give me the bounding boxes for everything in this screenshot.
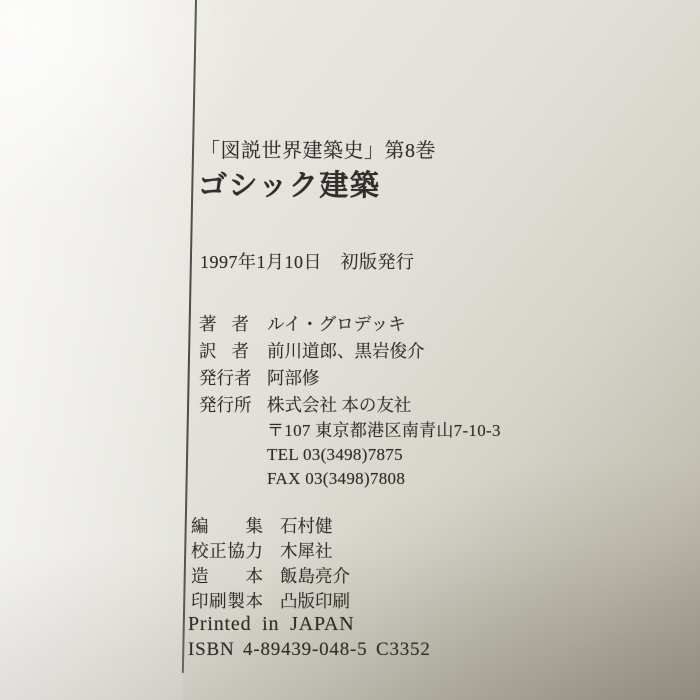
publisher-address: 〒107 東京都港区南青山7-10-3 xyxy=(267,419,501,443)
credit-row-publisher-person: 発行者阿部修 xyxy=(199,365,425,392)
credit-row-book-design: 造本飯島亮介 xyxy=(191,564,350,589)
printed-in-japan: Printed in JAPAN xyxy=(188,613,355,636)
credit-label: 校正協力 xyxy=(191,539,263,564)
credit-label: 造本 xyxy=(191,564,263,589)
credit-label: 発行者 xyxy=(199,365,249,392)
credit-value: 凸版印刷 xyxy=(280,591,350,611)
book-title: ゴシック建築 xyxy=(198,163,380,204)
facing-page-highlight xyxy=(0,0,196,700)
credits-primary: 著者ルイ・グロデッキ 訳者前川道郎、黒岩俊介 発行者阿部修 発行所株式会社 本の… xyxy=(199,311,425,419)
publisher-details: 〒107 東京都港区南青山7-10-3 TEL 03(3498)7875 FAX… xyxy=(267,419,501,491)
credit-row-publisher-company: 発行所株式会社 本の友社 xyxy=(199,392,425,419)
credit-label: 編集 xyxy=(191,514,263,539)
credit-value: 阿部修 xyxy=(267,368,320,388)
credit-label: 訳者 xyxy=(199,338,249,365)
credit-row-author: 著者ルイ・グロデッキ xyxy=(199,311,425,338)
credit-value: 石村健 xyxy=(280,516,333,536)
credit-row-proofreading: 校正協力木犀社 xyxy=(191,539,350,564)
credit-label: 発行所 xyxy=(199,392,249,419)
publisher-fax: FAX 03(3498)7808 xyxy=(267,467,501,491)
series-title: 「図説世界建築史」第8巻 xyxy=(200,134,436,163)
credit-value: 株式会社 本の友社 xyxy=(267,395,411,415)
credit-row-editor: 編集石村健 xyxy=(191,514,350,539)
isbn-line: ISBN 4-89439-048-5 C3352 xyxy=(188,639,431,661)
publisher-tel: TEL 03(3498)7875 xyxy=(267,443,501,467)
credit-row-translator: 訳者前川道郎、黒岩俊介 xyxy=(199,338,425,365)
edition-date: 1997年1月10日 初版発行 xyxy=(200,248,415,274)
credit-label: 印刷製本 xyxy=(191,589,263,614)
credit-value: 飯島亮介 xyxy=(280,566,350,586)
credit-label: 著者 xyxy=(199,311,249,338)
credit-value: ルイ・グロデッキ xyxy=(267,314,406,334)
book-colophon-page: 「図説世界建築史」第8巻 ゴシック建築 1997年1月10日 初版発行 著者ルイ… xyxy=(0,0,700,700)
credit-value: 前川道郎、黒岩俊介 xyxy=(267,341,425,361)
credits-secondary: 編集石村健 校正協力木犀社 造本飯島亮介 印刷製本凸版印刷 xyxy=(191,514,350,614)
credit-value: 木犀社 xyxy=(280,541,333,561)
credit-row-printing: 印刷製本凸版印刷 xyxy=(191,589,350,614)
